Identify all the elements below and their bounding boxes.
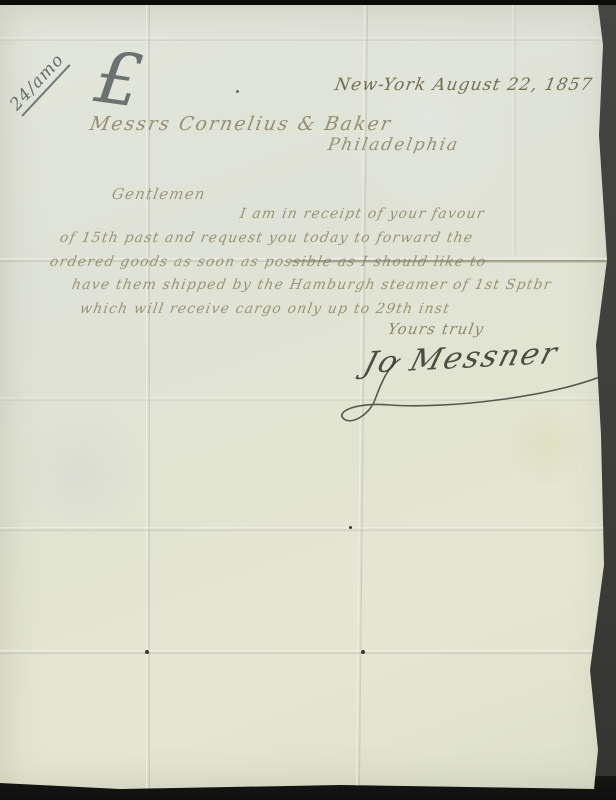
letter-body-line: I am in receipt of your favour <box>239 206 487 222</box>
letter-body-line: ordered goods as soon as possible as I s… <box>49 254 488 270</box>
letter-body-line: which will receive cargo only up to 29th… <box>79 301 452 317</box>
letter-body-line: have them shipped by the Hamburgh steame… <box>71 277 553 293</box>
fold-intersection-mark <box>349 526 352 529</box>
pencil-rate-notation: 24/amo <box>6 50 70 117</box>
letter-paper: 24/amo £ New-York August 22, 1857 Messrs… <box>0 5 612 789</box>
letter-body-line: of 15th past and request you today to fo… <box>59 230 475 246</box>
letter-dateline: New-York August 22, 1857 <box>333 75 594 95</box>
photo-backdrop: 24/amo £ New-York August 22, 1857 Messrs… <box>0 0 616 800</box>
signature-flourish <box>330 357 610 427</box>
fold-intersection-mark <box>361 650 365 654</box>
horizontal-fold-crease <box>0 527 612 531</box>
letter-address-city: Philadelphia <box>326 135 461 155</box>
fold-intersection-mark <box>145 650 149 654</box>
letter-salutation: Gentlemen <box>110 185 207 203</box>
horizontal-fold-crease <box>0 37 612 41</box>
vertical-fold-crease <box>512 5 516 255</box>
horizontal-fold-crease <box>0 650 612 654</box>
letter-addressee: Messrs Cornelius & Baker <box>88 113 394 135</box>
pencil-currency-mark: £ <box>91 40 146 118</box>
paper-speck <box>236 90 239 93</box>
letter-closing: Yours truly <box>386 320 485 338</box>
